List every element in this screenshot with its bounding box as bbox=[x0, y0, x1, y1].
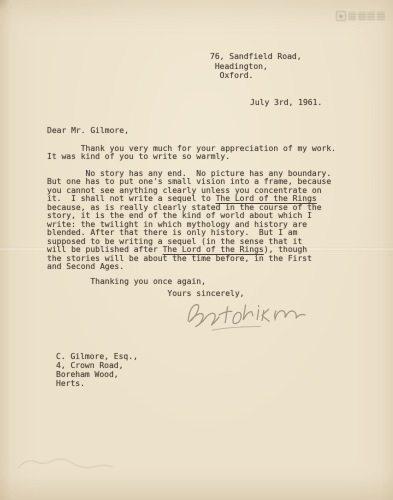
letter-line: Thanking you once again, bbox=[47, 278, 336, 287]
letter-line: Oxford. bbox=[210, 71, 302, 81]
text-segment: Dear Mr. Gilmore, bbox=[47, 126, 129, 135]
pencil-mark bbox=[10, 448, 140, 480]
recipient-address: C. Gilmore, Esq.,4, Crown Road,Boreham W… bbox=[56, 352, 138, 388]
watermark-logo bbox=[336, 9, 390, 23]
sender-address: 76, Sandfield Road, Headington, Oxford. bbox=[210, 52, 302, 81]
watermark-seal-icon bbox=[336, 11, 346, 21]
letter-paragraph: No story has any end. No picture has any… bbox=[47, 170, 336, 272]
date-line: July 3rd, 1961. bbox=[250, 99, 322, 108]
letter-line: C. Gilmore, Esq., bbox=[56, 352, 138, 361]
letter-line: Herts. bbox=[56, 379, 138, 388]
text-segment: It was kind of you to write so warmly. bbox=[47, 152, 230, 161]
letter-line: 4, Crown Road, bbox=[56, 361, 138, 370]
letter-line: It was kind of you to write so warmly. bbox=[47, 153, 336, 162]
letter-paragraph: Thank you very much for your appreciatio… bbox=[47, 145, 336, 162]
text-segment: Thanking you once again, bbox=[47, 277, 206, 286]
letter-scan: 76, Sandfield Road, Headington, Oxford. … bbox=[0, 0, 393, 500]
letter-line: Dear Mr. Gilmore, bbox=[47, 127, 336, 136]
letter-line: and Second Ages. bbox=[47, 263, 336, 272]
letter-line: Headington, bbox=[210, 62, 302, 72]
letter-line: Boreham Wood, bbox=[56, 370, 138, 379]
letter-paragraph: Dear Mr. Gilmore, bbox=[47, 127, 336, 136]
watermark-text-blocks bbox=[348, 12, 385, 20]
text-segment: and Second Ages. bbox=[47, 262, 124, 271]
signature-handwritten bbox=[171, 290, 323, 343]
letter-body: Dear Mr. Gilmore, Thank you very much fo… bbox=[47, 127, 336, 299]
letter-paragraph: Thanking you once again, bbox=[47, 278, 336, 287]
letter-line: 76, Sandfield Road, bbox=[210, 52, 302, 62]
